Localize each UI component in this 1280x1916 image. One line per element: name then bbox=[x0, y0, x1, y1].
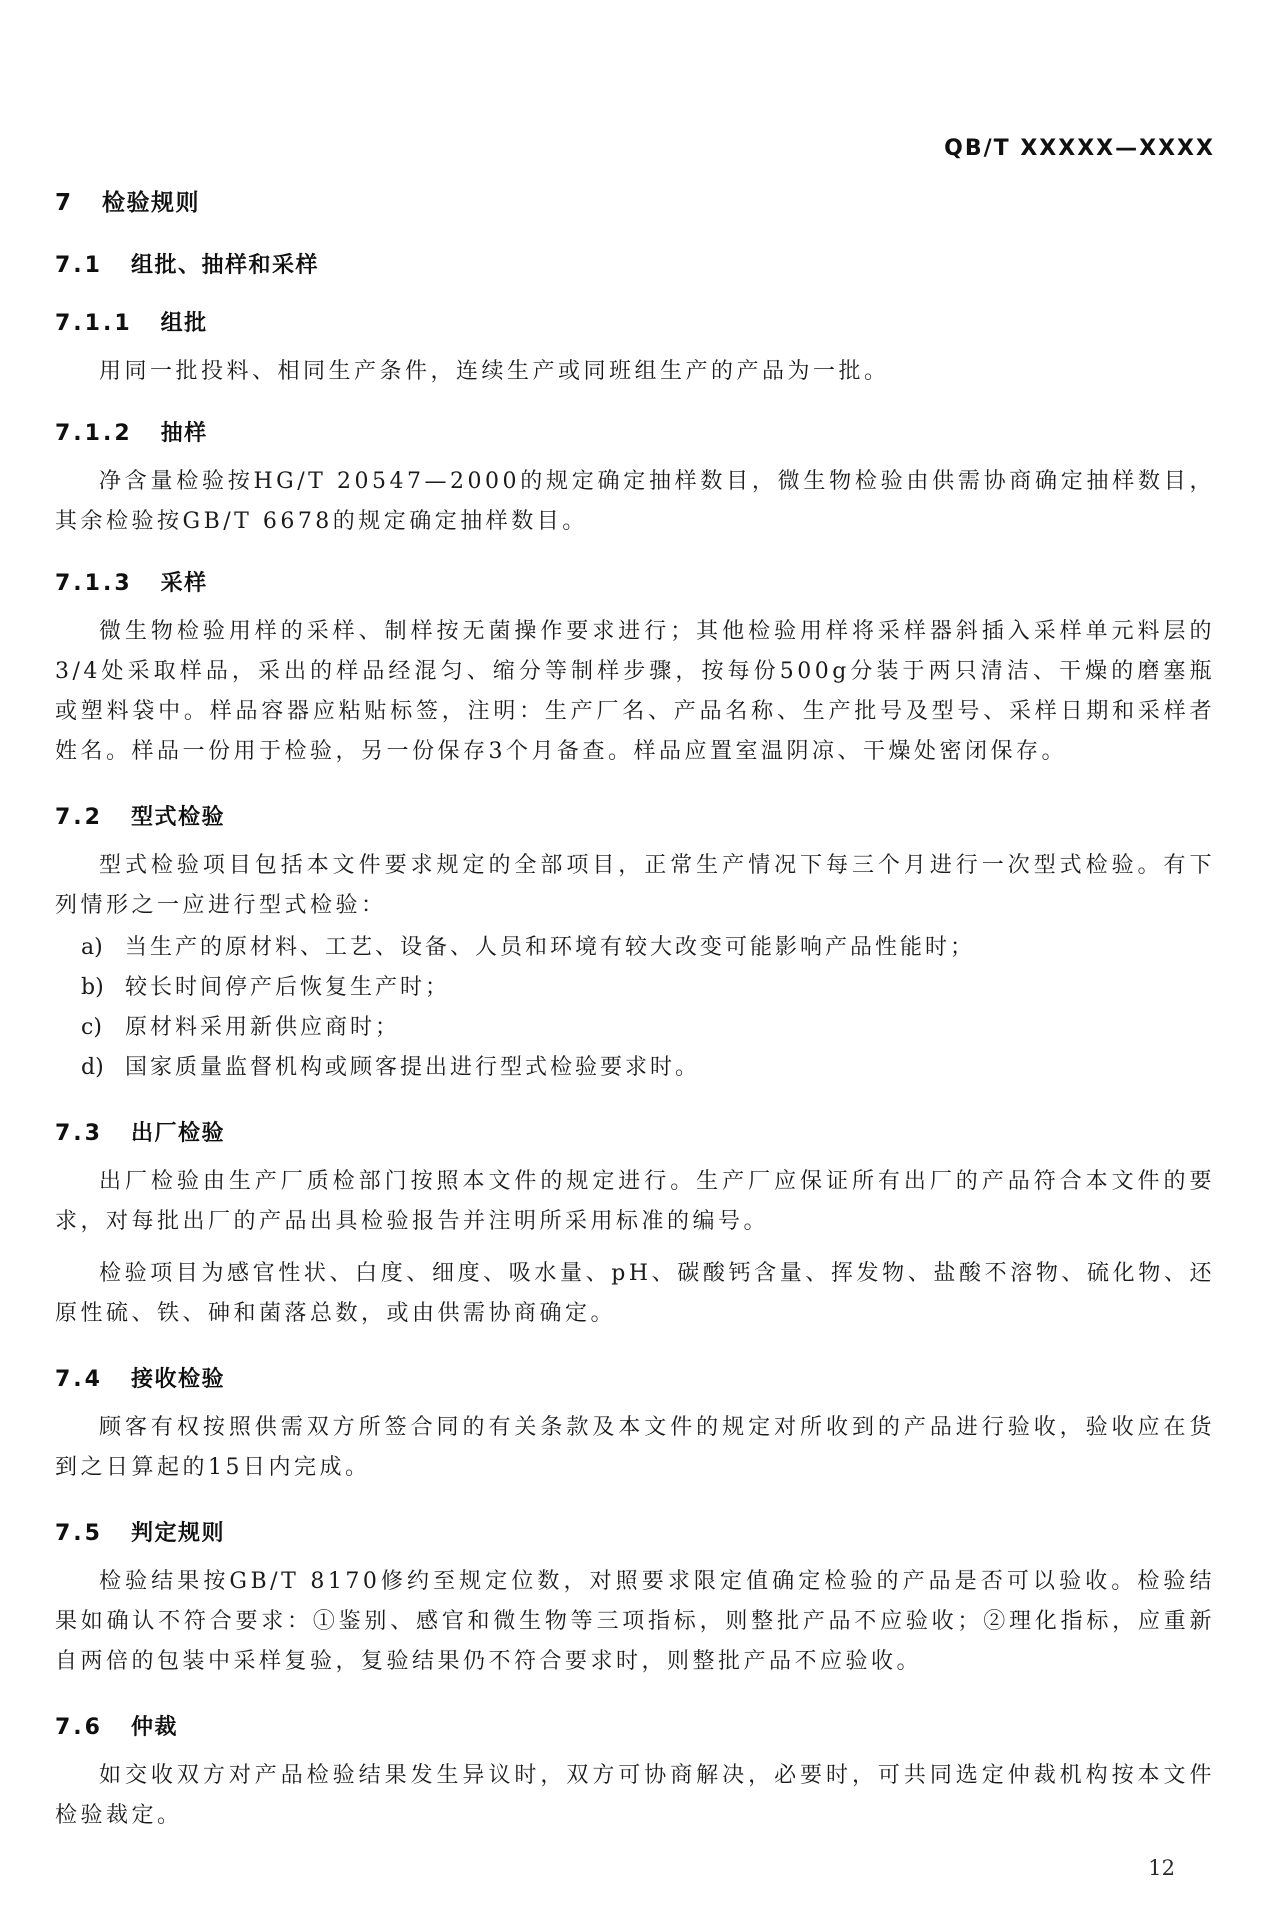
clause-number: 7.1 bbox=[55, 250, 103, 282]
list-item-text: 原材料采用新供应商时； bbox=[125, 1008, 1215, 1048]
page-header: QB/T XXXXX—XXXX bbox=[55, 134, 1215, 164]
page-number: 12 bbox=[1148, 1856, 1175, 1880]
section-7-heading: 7检验规则 bbox=[55, 186, 1215, 220]
clause-7-1-3-heading: 7.1.3采样 bbox=[55, 568, 1215, 600]
paragraph-judgement-rules: 检验结果按GB/T 8170修约至规定位数，对照要求限定值确定检验的产品是否可以… bbox=[55, 1562, 1215, 1682]
clause-number: 7.5 bbox=[55, 1518, 103, 1550]
clause-7-1-heading: 7.1组批、抽样和采样 bbox=[55, 250, 1215, 282]
paragraph-factory-inspection: 出厂检验由生产厂质检部门按照本文件的规定进行。生产厂应保证所有出厂的产品符合本文… bbox=[55, 1162, 1215, 1242]
clause-title: 采样 bbox=[161, 571, 208, 596]
clause-title: 型式检验 bbox=[131, 805, 225, 830]
clause-title: 出厂检验 bbox=[131, 1121, 225, 1146]
clause-title: 仲裁 bbox=[131, 1715, 178, 1740]
paragraph-arbitration: 如交收双方对产品检验结果发生异议时，双方可协商解决，必要时，可共同选定仲裁机构按… bbox=[55, 1756, 1215, 1836]
document-page: QB/T XXXXX—XXXX 7检验规则 7.1组批、抽样和采样 7.1.1组… bbox=[0, 0, 1280, 1916]
list-item-text: 国家质量监督机构或顾客提出进行型式检验要求时。 bbox=[125, 1048, 1215, 1088]
clause-number: 7.2 bbox=[55, 802, 103, 834]
section-number: 7 bbox=[55, 186, 74, 220]
clause-7-4-heading: 7.4接收检验 bbox=[55, 1364, 1215, 1396]
paragraph-acceptance-inspection: 顾客有权按照供需双方所签合同的有关条款及本文件的规定对所收到的产品进行验收，验收… bbox=[55, 1408, 1215, 1488]
list-item-label: c) bbox=[81, 1008, 111, 1048]
list-item-label: d) bbox=[81, 1048, 111, 1088]
list-item-text: 当生产的原材料、工艺、设备、人员和环境有较大改变可能影响产品性能时； bbox=[125, 928, 1215, 968]
clause-7-3-heading: 7.3出厂检验 bbox=[55, 1118, 1215, 1150]
clause-title: 组批 bbox=[161, 311, 208, 336]
clause-title: 接收检验 bbox=[131, 1367, 225, 1392]
clause-7-5-heading: 7.5判定规则 bbox=[55, 1518, 1215, 1550]
list-item-b: b) 较长时间停产后恢复生产时； bbox=[55, 968, 1215, 1008]
clause-title: 组批、抽样和采样 bbox=[131, 253, 319, 278]
clause-7-2-heading: 7.2型式检验 bbox=[55, 802, 1215, 834]
list-item-c: c) 原材料采用新供应商时； bbox=[55, 1008, 1215, 1048]
clause-number: 7.1.2 bbox=[55, 418, 133, 450]
clause-number: 7.4 bbox=[55, 1364, 103, 1396]
list-item-label: b) bbox=[81, 968, 111, 1008]
doc-code: QB/T XXXXX—XXXX bbox=[944, 136, 1215, 161]
paragraph-inspection-items: 检验项目为感官性状、白度、细度、吸水量、pH、碳酸钙含量、挥发物、盐酸不溶物、硫… bbox=[55, 1254, 1215, 1334]
paragraph-type-inspection: 型式检验项目包括本文件要求规定的全部项目，正常生产情况下每三个月进行一次型式检验… bbox=[55, 846, 1215, 926]
clause-7-6-heading: 7.6仲裁 bbox=[55, 1712, 1215, 1744]
clause-number: 7.1.3 bbox=[55, 568, 133, 600]
clause-number: 7.3 bbox=[55, 1118, 103, 1150]
paragraph-sample-taking: 微生物检验用样的采样、制样按无菌操作要求进行；其他检验用样将采样器斜插入采样单元… bbox=[55, 612, 1215, 772]
list-item-d: d) 国家质量监督机构或顾客提出进行型式检验要求时。 bbox=[55, 1048, 1215, 1088]
clause-number: 7.1.1 bbox=[55, 308, 133, 340]
list-item-a: a) 当生产的原材料、工艺、设备、人员和环境有较大改变可能影响产品性能时； bbox=[55, 928, 1215, 968]
clause-title: 抽样 bbox=[161, 421, 208, 446]
list-item-label: a) bbox=[81, 928, 111, 968]
clause-number: 7.6 bbox=[55, 1712, 103, 1744]
clause-title: 判定规则 bbox=[131, 1521, 225, 1546]
paragraph-batching: 用同一批投料、相同生产条件，连续生产或同班组生产的产品为一批。 bbox=[55, 352, 1215, 392]
page-footer: 12 bbox=[55, 1854, 1215, 1882]
paragraph-sampling-count: 净含量检验按HG/T 20547—2000的规定确定抽样数目，微生物检验由供需协… bbox=[55, 462, 1215, 542]
clause-7-1-2-heading: 7.1.2抽样 bbox=[55, 418, 1215, 450]
clause-7-1-1-heading: 7.1.1组批 bbox=[55, 308, 1215, 340]
section-title: 检验规则 bbox=[102, 190, 200, 216]
type-inspection-conditions-list: a) 当生产的原材料、工艺、设备、人员和环境有较大改变可能影响产品性能时； b)… bbox=[55, 928, 1215, 1088]
list-item-text: 较长时间停产后恢复生产时； bbox=[125, 968, 1215, 1008]
